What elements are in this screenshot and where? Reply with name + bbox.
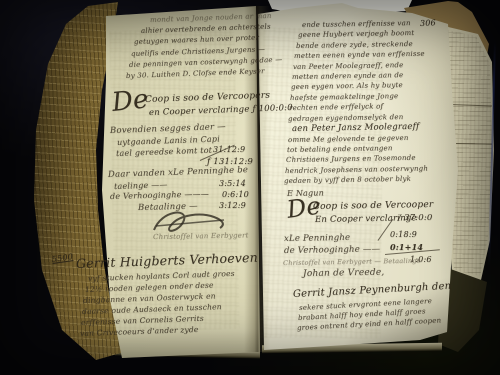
handwritten-name-line: aen Peter Jansz Moolegraeff [292,123,419,134]
page-number: 306 [420,19,436,28]
clerk-signature: Johan de Vreede, [303,269,385,279]
amount-value: 0:1+14 [390,243,423,251]
tax-entry-line: de Verhooginghe —— [284,245,380,255]
amount-value: / 37:0:0 [398,214,433,223]
flourished-capital: De [111,86,150,116]
manuscript-photo: mondt van Jonge nouden ar man alhier ove… [0,0,500,375]
amount-value: 0:18:9 [390,231,417,239]
amount-value: 1:0:6 [410,256,432,264]
tax-entry-line: xLe Penninghe [284,234,350,244]
amount-value: 3:5:14 [219,180,246,188]
amount-value: 0:6:10 [222,191,249,199]
